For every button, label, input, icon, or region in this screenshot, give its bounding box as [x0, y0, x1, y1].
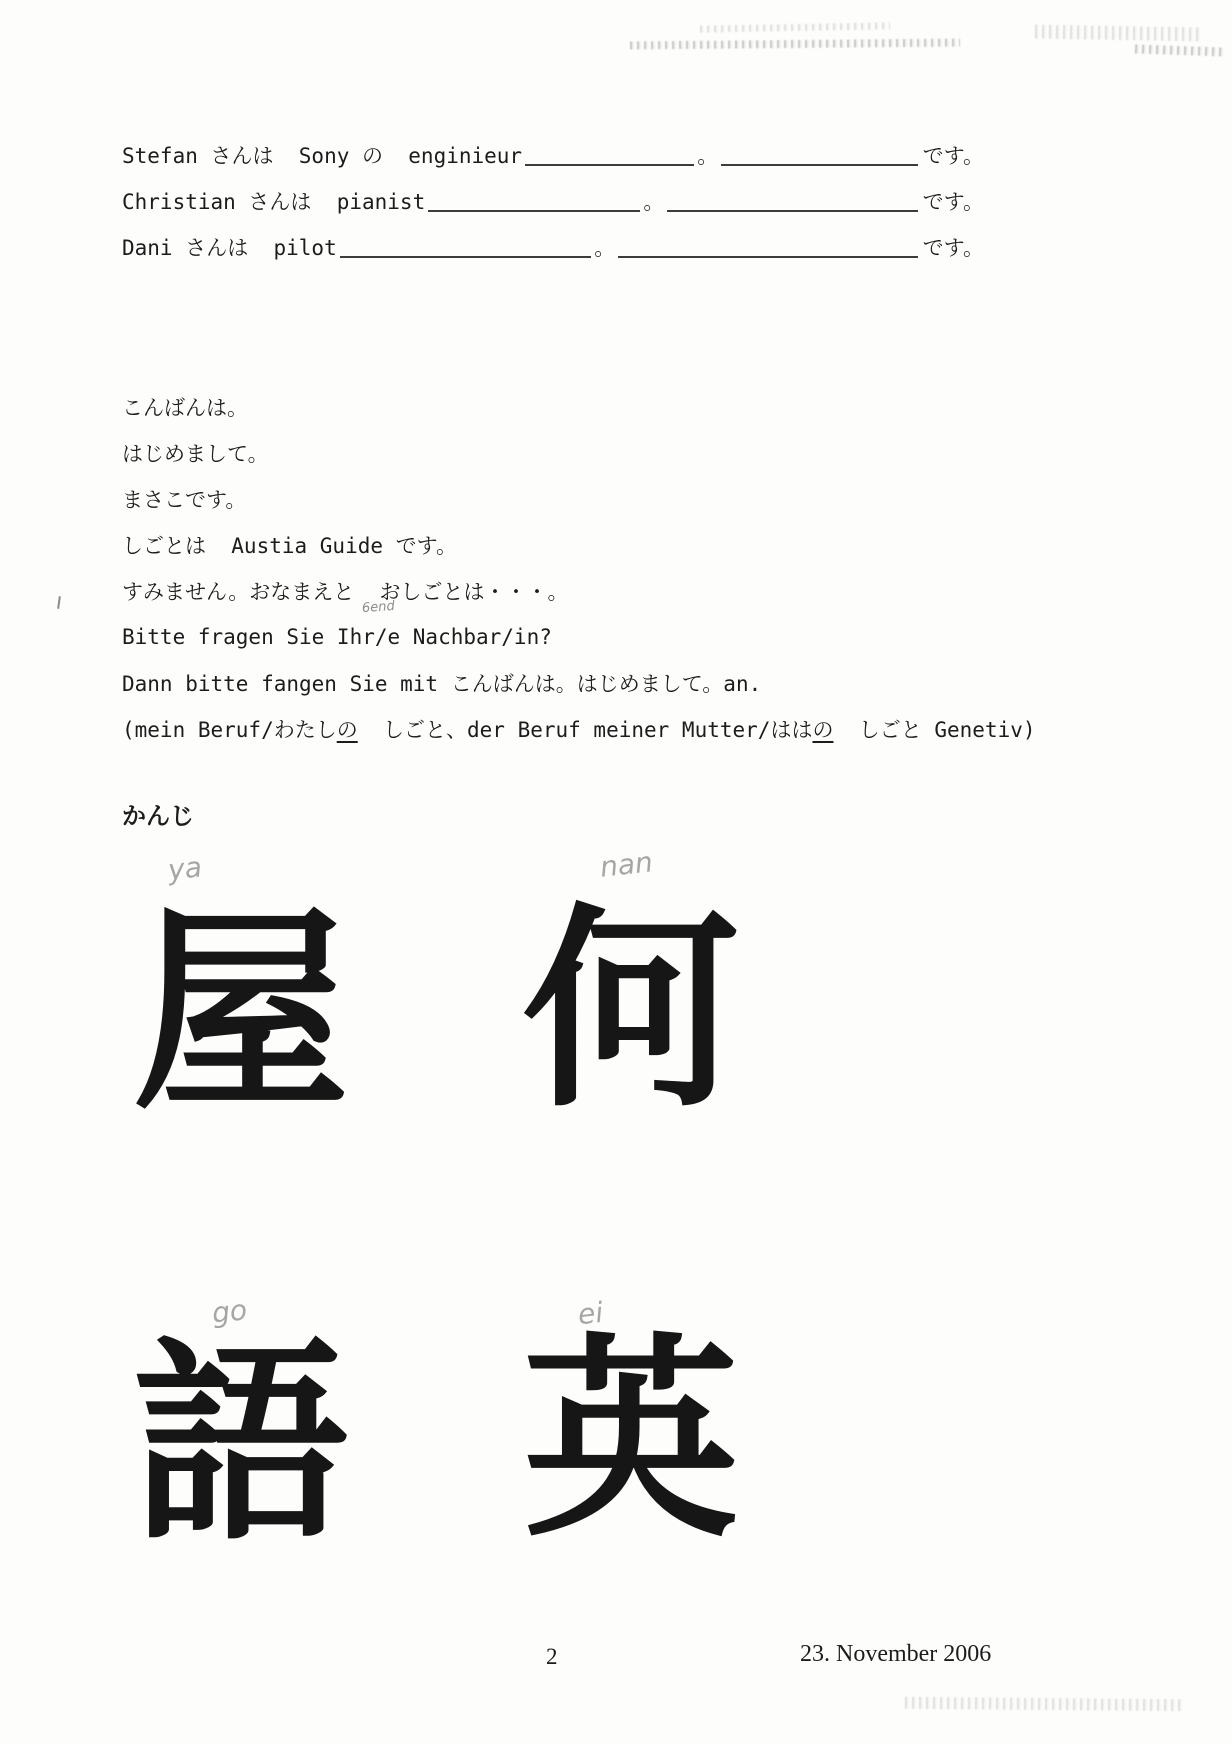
exercise-suffix: です。: [923, 140, 984, 170]
scan-noise: [1035, 25, 1200, 42]
scanned-worksheet-page: Stefan さんは Sony の enginieur 。 です。 Christ…: [0, 0, 1232, 1744]
exercise-section: Stefan さんは Sony の enginieur 。 です。 Christ…: [122, 142, 984, 280]
dialogue-line-genitive: (mein Beruf/わたしの しごと、der Beruf meiner Mu…: [122, 706, 1122, 752]
period-mark: 。: [643, 186, 664, 216]
blank-line: [340, 256, 592, 258]
dialogue-text: (mein Beruf/わたし: [122, 714, 337, 744]
kanji-character: 屋: [133, 906, 349, 1122]
dialogue-text: こんばんは。: [122, 392, 248, 422]
blank-line: [525, 164, 694, 166]
kanji-reading-annotation: nan: [598, 845, 654, 883]
dialogue-line: しごとは Austia Guide です。: [122, 522, 1122, 568]
scan-noise-mark: [57, 596, 61, 609]
blank-line: [721, 164, 917, 166]
kanji-reading-annotation: ya: [166, 850, 203, 886]
footer-page-number: 2: [546, 1644, 558, 1670]
dialogue-line: Dann bitte fangen Sie mit こんばんは。はじめまして。a…: [122, 660, 1122, 706]
dialogue-line: 6end Bitte fragen Sie Ihr/e Nachbar/in?: [122, 614, 1122, 660]
dialogue-text: はじめまして。: [122, 438, 269, 468]
dialogue-text: まさこです。: [122, 484, 246, 514]
underlined-particle: の: [812, 714, 833, 744]
pencil-annotation: 6end: [362, 599, 396, 616]
exercise-suffix: です。: [923, 232, 984, 262]
period-mark: 。: [697, 140, 718, 170]
dialogue-text: しごと、der Beruf meiner Mutter/はは: [358, 714, 813, 744]
kanji-section-heading: かんじ: [122, 796, 194, 831]
exercise-label: Stefan さんは Sony の enginieur: [122, 140, 522, 170]
period-mark: 。: [594, 232, 615, 262]
blank-line: [618, 256, 917, 258]
footer-date: 23. November 2006: [800, 1641, 991, 1668]
scan-noise: [905, 1697, 1185, 1711]
exercise-label: Dani さんは pilot: [122, 232, 337, 262]
blank-line: [428, 210, 640, 212]
scan-noise: [630, 39, 960, 50]
exercise-row: Christian さんは pianist 。 です。: [122, 188, 984, 216]
dialogue-line: はじめまして。: [122, 430, 1122, 476]
dialogue-line: まさこです。: [122, 476, 1122, 522]
dialogue-section: こんばんは。 はじめまして。 まさこです。 しごとは Austia Guide …: [122, 384, 1122, 752]
kanji-character: 語: [133, 1337, 349, 1553]
dialogue-line: こんばんは。: [122, 384, 1122, 430]
dialogue-text: しごと Genetiv): [833, 714, 1035, 744]
dialogue-text: すみません。おなまえと おしごとは・・・。: [122, 576, 569, 606]
kanji-character: 何: [523, 903, 739, 1119]
dialogue-text: Dann bitte fangen Sie mit こんばんは。はじめまして。a…: [122, 668, 761, 698]
underlined-particle: の: [337, 714, 358, 744]
dialogue-line: すみません。おなまえと おしごとは・・・。: [122, 568, 1122, 614]
dialogue-text: Bitte fragen Sie Ihr/e Nachbar/in?: [122, 625, 552, 649]
scan-noise: [700, 22, 890, 32]
scan-noise: [1135, 44, 1225, 56]
dialogue-text: しごとは Austia Guide です。: [122, 530, 457, 560]
kanji-character: 英: [523, 1333, 739, 1549]
blank-line: [667, 210, 917, 212]
exercise-row: Dani さんは pilot 。 です。: [122, 234, 984, 262]
exercise-label: Christian さんは pianist: [122, 186, 425, 216]
exercise-row: Stefan さんは Sony の enginieur 。 です。: [122, 142, 984, 170]
exercise-suffix: です。: [923, 186, 984, 216]
